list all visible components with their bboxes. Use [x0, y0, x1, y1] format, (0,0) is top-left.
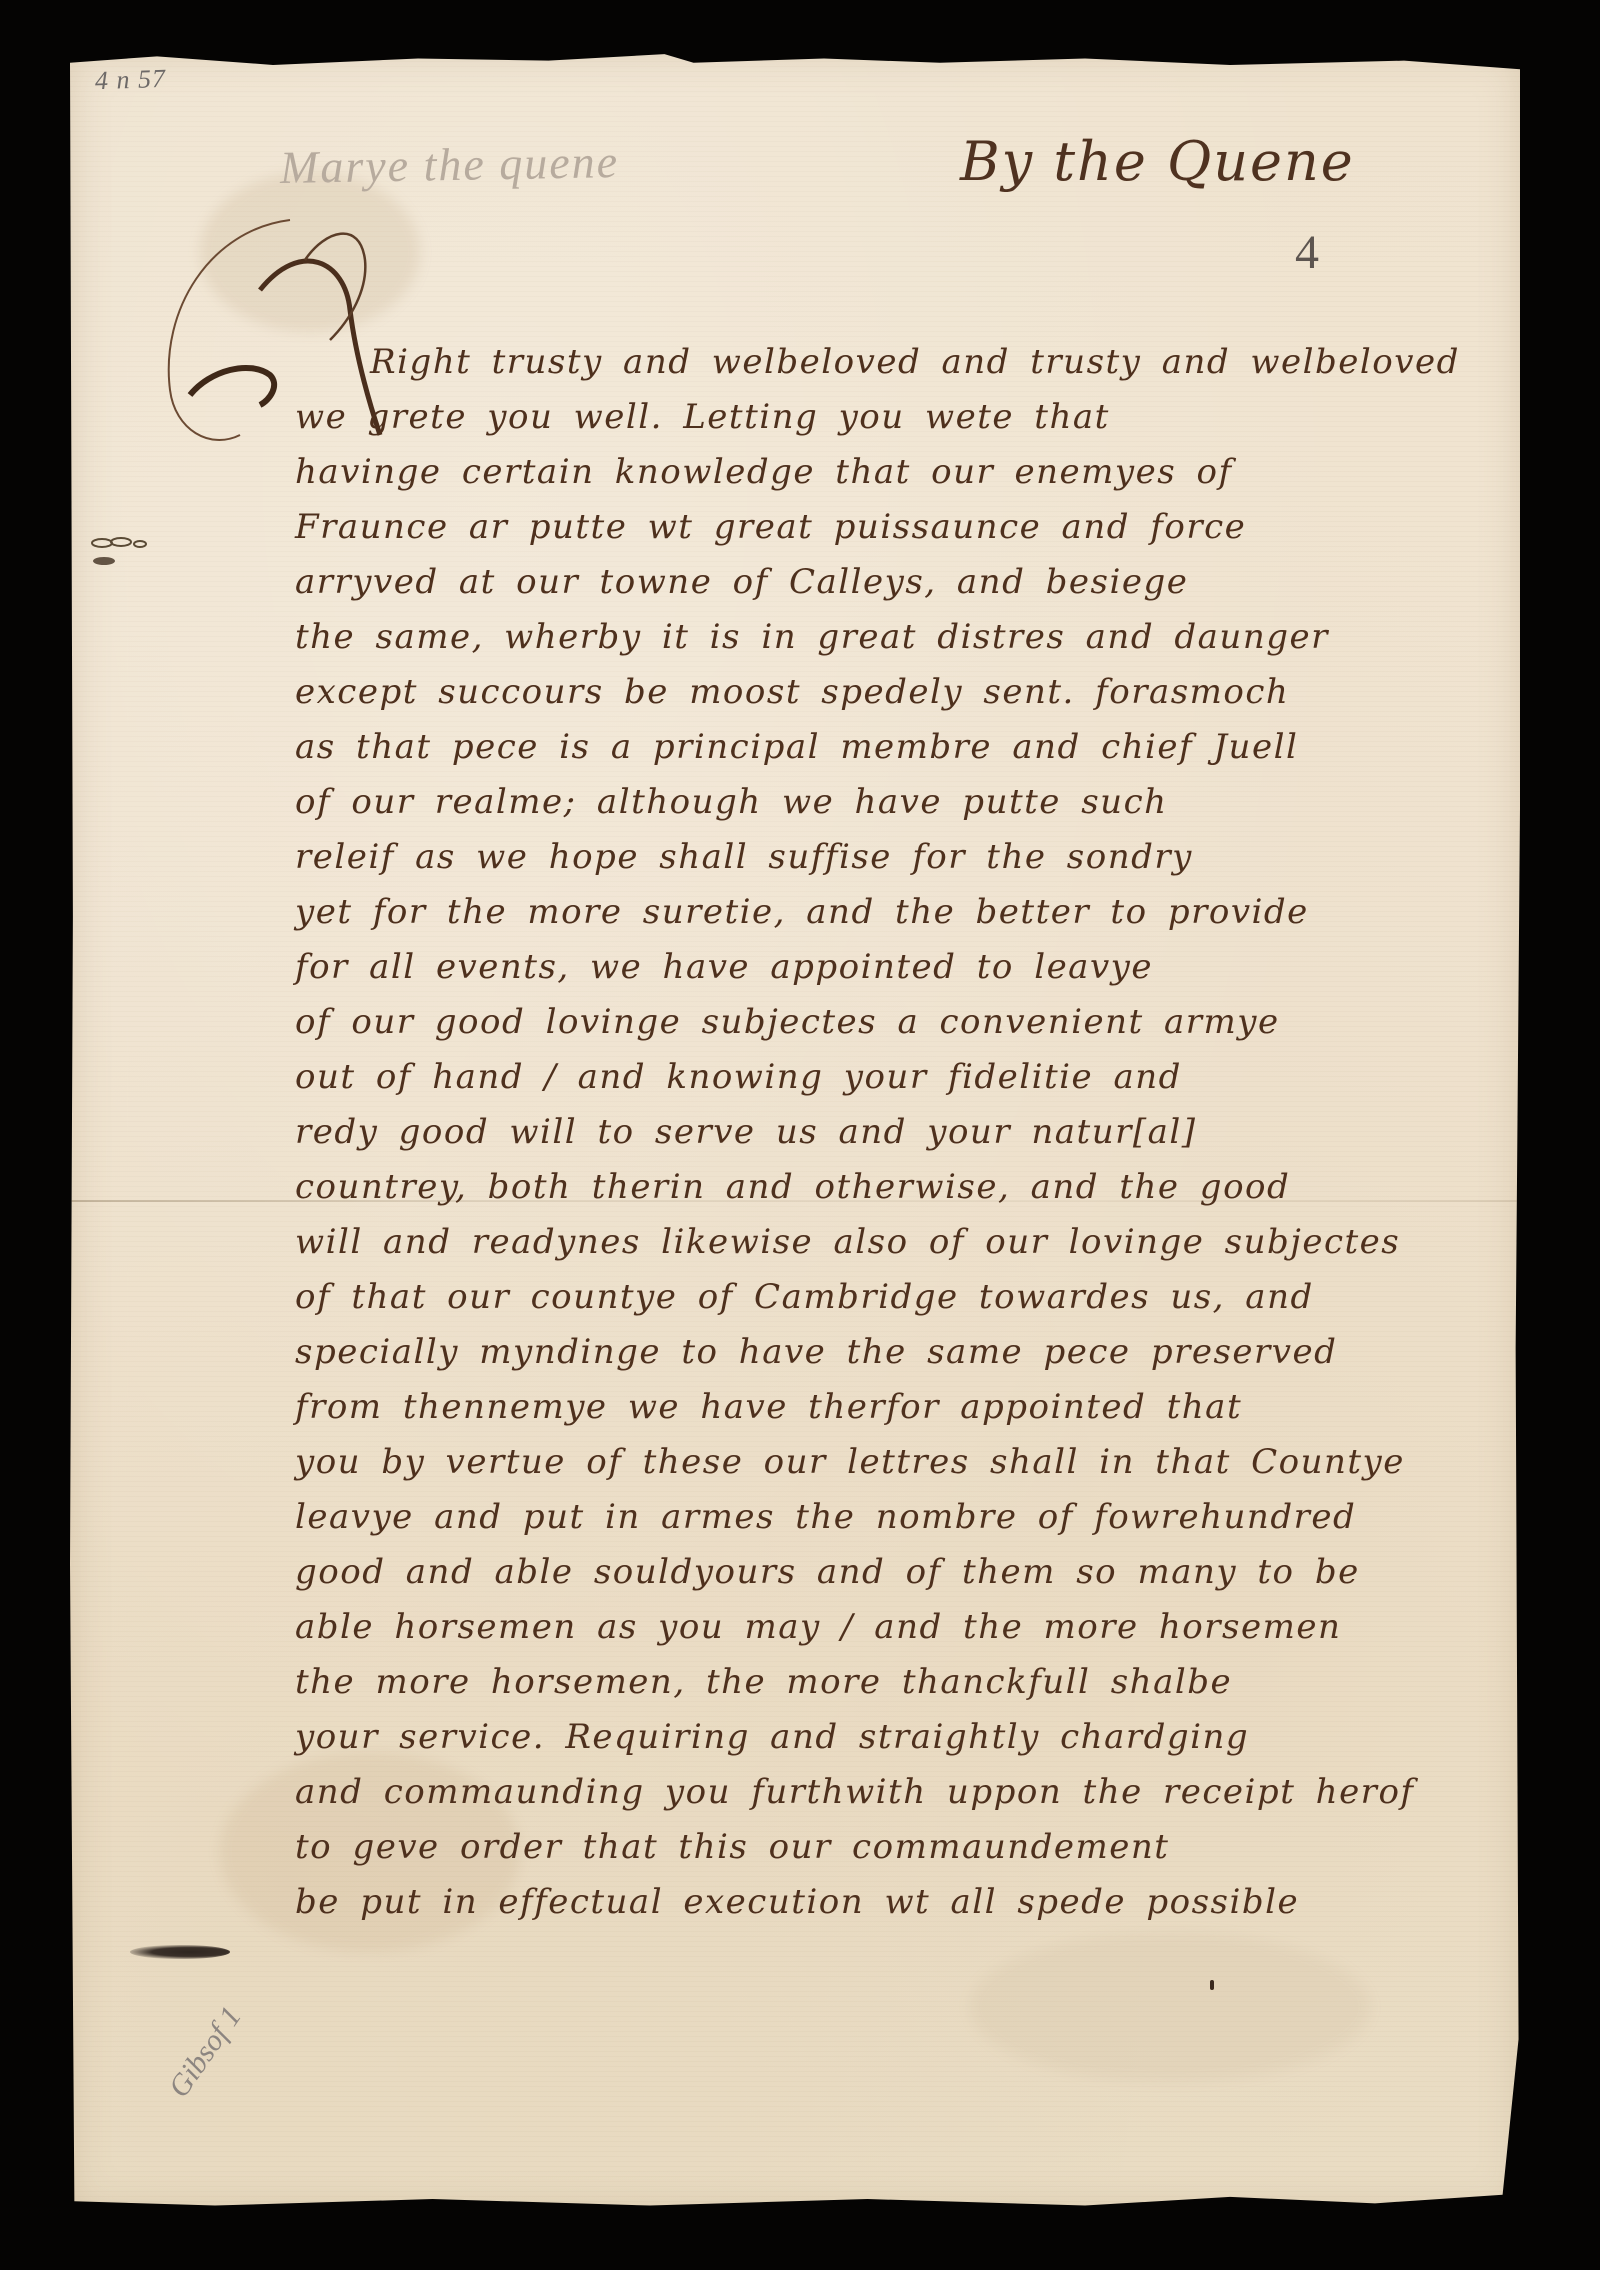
letter-line: for all events, we have appointed to lea… [295, 940, 1475, 995]
letter-line: redy good will to serve us and your natu… [295, 1105, 1475, 1160]
letter-heading: By the Quene [960, 130, 1355, 193]
letter-line: leavye and put in armes the nombre of fo… [295, 1490, 1475, 1545]
letter-line: specially myndinge to have the same pece… [295, 1325, 1475, 1380]
letter-line: of that our countye of Cambridge towarde… [295, 1270, 1475, 1325]
margin-ink-mark-icon [88, 533, 148, 573]
letter-line: as that pece is a principal membre and c… [295, 720, 1475, 775]
letter-line: yet for the more suretie, and the better… [295, 885, 1475, 940]
letter-line: to geve order that this our commaundemen… [295, 1820, 1475, 1875]
paper-stain [970, 1932, 1370, 2082]
letter-line: be put in effectual execution wt all spe… [295, 1875, 1475, 1930]
letter-line: Fraunce ar putte wt great puissaunce and… [295, 500, 1475, 555]
letter-line: you by vertue of these our lettres shall… [295, 1435, 1475, 1490]
viewer-canvas: 4 n 57 Marye the quene By the Quene 4 Ri… [0, 0, 1600, 2270]
letter-line: except succours be moost spedely sent. f… [295, 665, 1475, 720]
letter-line: of our realme; although we have putte su… [295, 775, 1475, 830]
letter-line: the more horsemen, the more thanckfull s… [295, 1655, 1475, 1710]
letter-line: countrey, both therin and otherwise, and… [295, 1160, 1475, 1215]
letter-line: the same, wherby it is in great distres … [295, 610, 1475, 665]
letter-line: out of hand / and knowing your fidelitie… [295, 1050, 1475, 1105]
letter-line: Right trusty and welbeloved and trusty a… [295, 335, 1475, 390]
letter-line: we grete you well. Letting you wete that [295, 390, 1475, 445]
letter-line: havinge certain knowledge that our enemy… [295, 445, 1475, 500]
ink-smudge [130, 1945, 230, 1959]
letter-line: your service. Requiring and straightly c… [295, 1710, 1475, 1765]
letter-body: Right trusty and welbeloved and trusty a… [295, 335, 1475, 1930]
endorsement-text: Marye the quene [280, 135, 620, 194]
letter-line: releif as we hope shall suffise for the … [295, 830, 1475, 885]
archive-reference: 4 n 57 [94, 64, 166, 96]
letter-line: arryved at our towne of Calleys, and bes… [295, 555, 1475, 610]
letter-line: will and readynes likewise also of our l… [295, 1215, 1475, 1270]
letter-line: from thennemye we have therfor appointed… [295, 1380, 1475, 1435]
letter-line: of our good lovinge subjectes a convenie… [295, 995, 1475, 1050]
folio-number: 4 [1295, 225, 1319, 280]
letter-line: and commaunding you furthwith uppon the … [295, 1765, 1475, 1820]
ink-dot [1210, 1980, 1214, 1990]
letter-line: good and able souldyours and of them so … [295, 1545, 1475, 1600]
letter-line: able horsemen as you may / and the more … [295, 1600, 1475, 1655]
